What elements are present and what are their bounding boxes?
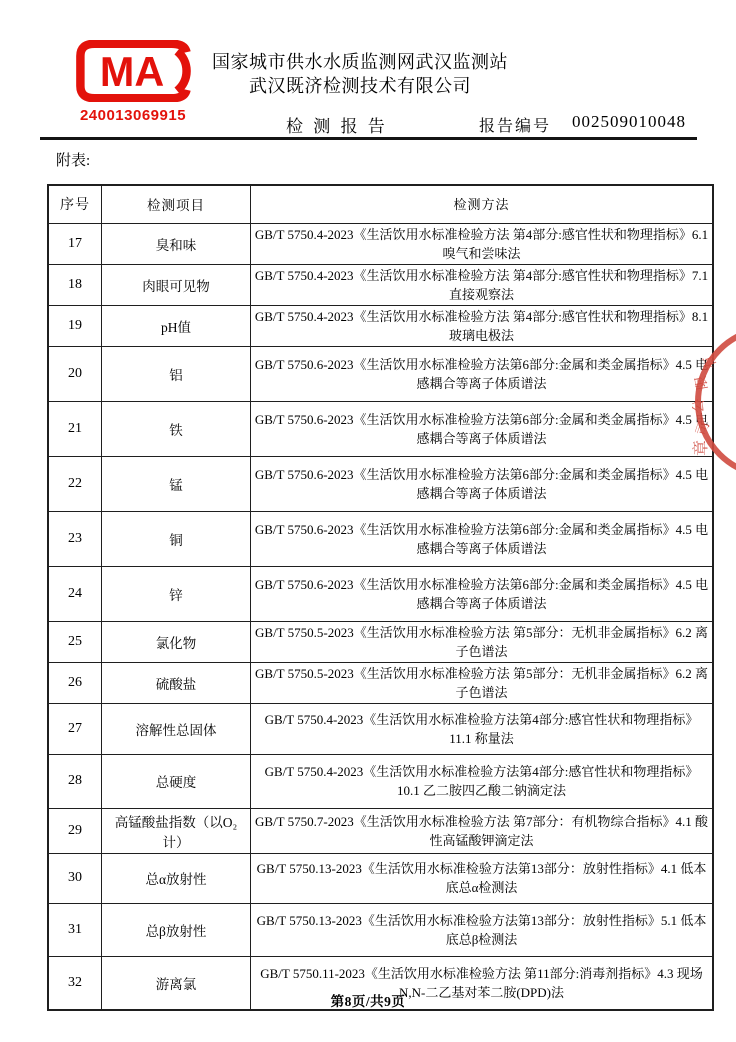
row-item: 铝 bbox=[102, 346, 251, 401]
report-page: MA 240013069915 国家城市供水水质监测网武汉监测站 武汉既济检测技… bbox=[0, 0, 736, 1042]
row-method: GB/T 5750.13-2023《生活饮用水标准检验方法第13部分：放射性指标… bbox=[251, 853, 714, 903]
row-no: 24 bbox=[48, 566, 102, 621]
row-item: 铁 bbox=[102, 401, 251, 456]
row-method: GB/T 5750.13-2023《生活饮用水标准检验方法第13部分：放射性指标… bbox=[251, 903, 714, 956]
row-item: 锌 bbox=[102, 566, 251, 621]
report-number-label: 报告编号 bbox=[479, 113, 551, 136]
table-row: 22锰GB/T 5750.6-2023《生活饮用水标准检验方法第6部分:金属和类… bbox=[48, 456, 713, 511]
table-row: 31总β放射性GB/T 5750.13-2023《生活饮用水标准检验方法第13部… bbox=[48, 903, 713, 956]
row-method: GB/T 5750.6-2023《生活饮用水标准检验方法第6部分:金属和类金属指… bbox=[251, 511, 714, 566]
table-row: 23铜GB/T 5750.6-2023《生活饮用水标准检验方法第6部分:金属和类… bbox=[48, 511, 713, 566]
report-title-row: 检 测 报 告 报告编号 002509010048 bbox=[0, 112, 736, 138]
report-title: 检 测 报 告 bbox=[286, 112, 388, 137]
table-row: 29高锰酸盐指数（以O₂计）GB/T 5750.7-2023《生活饮用水标准检验… bbox=[48, 808, 713, 853]
seal-character: 限 bbox=[693, 374, 711, 391]
row-no: 20 bbox=[48, 346, 102, 401]
table-row: 25氯化物GB/T 5750.5-2023《生活饮用水标准检验方法 第5部分：无… bbox=[48, 621, 713, 662]
row-item: 溶解性总固体 bbox=[102, 703, 251, 754]
row-no: 22 bbox=[48, 456, 102, 511]
row-no: 18 bbox=[48, 264, 102, 305]
row-method: GB/T 5750.4-2023《生活饮用水标准检验方法 第4部分:感官性状和物… bbox=[251, 223, 714, 264]
row-item: 硫酸盐 bbox=[102, 662, 251, 703]
test-methods-table: 序号 检测项目 检测方法 17臭和味GB/T 5750.4-2023《生活饮用水… bbox=[47, 184, 714, 1011]
row-no: 26 bbox=[48, 662, 102, 703]
seal-character: 司 bbox=[693, 420, 713, 438]
table-row: 18肉眼可见物GB/T 5750.4-2023《生活饮用水标准检验方法 第4部分… bbox=[48, 264, 713, 305]
appendix-label: 附表: bbox=[56, 149, 90, 170]
row-method: GB/T 5750.6-2023《生活饮用水标准检验方法第6部分:金属和类金属指… bbox=[251, 456, 714, 511]
row-no: 31 bbox=[48, 903, 102, 956]
table-row: 24锌GB/T 5750.6-2023《生活饮用水标准检验方法第6部分:金属和类… bbox=[48, 566, 713, 621]
table-row: 28总硬度GB/T 5750.4-2023《生活饮用水标准检验方法第4部分:感官… bbox=[48, 754, 713, 808]
row-no: 17 bbox=[48, 223, 102, 264]
row-item: 高锰酸盐指数（以O₂计） bbox=[102, 808, 251, 853]
table-body: 17臭和味GB/T 5750.4-2023《生活饮用水标准检验方法 第4部分:感… bbox=[48, 223, 713, 1010]
row-item: 锰 bbox=[102, 456, 251, 511]
seal-character: 公 bbox=[692, 399, 707, 414]
row-no: 28 bbox=[48, 754, 102, 808]
table-row: 26硫酸盐GB/T 5750.5-2023《生活饮用水标准检验方法 第5部分：无… bbox=[48, 662, 713, 703]
row-method: GB/T 5750.5-2023《生活饮用水标准检验方法 第5部分：无机非金属指… bbox=[251, 662, 714, 703]
row-method: GB/T 5750.4-2023《生活饮用水标准检验方法第4部分:感官性状和物理… bbox=[251, 703, 714, 754]
row-item: 氯化物 bbox=[102, 621, 251, 662]
header-cell-no: 序号 bbox=[48, 185, 102, 223]
row-method: GB/T 5750.6-2023《生活饮用水标准检验方法第6部分:金属和类金属指… bbox=[251, 346, 714, 401]
header-divider bbox=[40, 137, 697, 140]
table-row: 27溶解性总固体GB/T 5750.4-2023《生活饮用水标准检验方法第4部分… bbox=[48, 703, 713, 754]
table-row: 30总α放射性GB/T 5750.13-2023《生活饮用水标准检验方法第13部… bbox=[48, 853, 713, 903]
page-indicator: 第8页/共9页 bbox=[0, 990, 736, 1010]
row-no: 30 bbox=[48, 853, 102, 903]
table-header: 序号 检测项目 检测方法 bbox=[48, 185, 713, 223]
header-cell-method: 检测方法 bbox=[251, 185, 714, 223]
row-item: 总α放射性 bbox=[102, 853, 251, 903]
row-method: GB/T 5750.5-2023《生活饮用水标准检验方法 第5部分：无机非金属指… bbox=[251, 621, 714, 662]
row-item: 臭和味 bbox=[102, 223, 251, 264]
table-row: 19pH值GB/T 5750.4-2023《生活饮用水标准检验方法 第4部分:感… bbox=[48, 305, 713, 346]
row-no: 19 bbox=[48, 305, 102, 346]
row-no: 27 bbox=[48, 703, 102, 754]
row-method: GB/T 5750.7-2023《生活饮用水标准检验方法 第7部分：有机物综合指… bbox=[251, 808, 714, 853]
row-item: 总β放射性 bbox=[102, 903, 251, 956]
table-row: 17臭和味GB/T 5750.4-2023《生活饮用水标准检验方法 第4部分:感… bbox=[48, 223, 713, 264]
header-cell-item: 检测项目 bbox=[102, 185, 251, 223]
row-no: 25 bbox=[48, 621, 102, 662]
org-name-line2: 武汉既济检测技术有限公司 bbox=[150, 74, 570, 98]
row-method: GB/T 5750.6-2023《生活饮用水标准检验方法第6部分:金属和类金属指… bbox=[251, 566, 714, 621]
row-method: GB/T 5750.4-2023《生活饮用水标准检验方法 第4部分:感官性状和物… bbox=[251, 305, 714, 346]
seal-arc-icon: 有限公司章 bbox=[692, 326, 736, 478]
row-no: 21 bbox=[48, 401, 102, 456]
org-name-line1: 国家城市供水水质监测网武汉监测站 bbox=[150, 50, 570, 74]
row-method: GB/T 5750.4-2023《生活饮用水标准检验方法第4部分:感官性状和物理… bbox=[251, 754, 714, 808]
report-number: 002509010048 bbox=[572, 112, 686, 132]
table-row: 21铁GB/T 5750.6-2023《生活饮用水标准检验方法第6部分:金属和类… bbox=[48, 401, 713, 456]
seal-character: 章 bbox=[692, 440, 710, 456]
row-method: GB/T 5750.4-2023《生活饮用水标准检验方法 第4部分:感官性状和物… bbox=[251, 264, 714, 305]
row-item: 总硬度 bbox=[102, 754, 251, 808]
row-item: 肉眼可见物 bbox=[102, 264, 251, 305]
table-row: 20铝GB/T 5750.6-2023《生活饮用水标准检验方法第6部分:金属和类… bbox=[48, 346, 713, 401]
row-no: 29 bbox=[48, 808, 102, 853]
row-no: 23 bbox=[48, 511, 102, 566]
row-method: GB/T 5750.6-2023《生活饮用水标准检验方法第6部分:金属和类金属指… bbox=[251, 401, 714, 456]
row-item: pH值 bbox=[102, 305, 251, 346]
table-header-row: 序号 检测项目 检测方法 bbox=[48, 185, 713, 223]
header-org-lines: 国家城市供水水质监测网武汉监测站 武汉既济检测技术有限公司 bbox=[150, 50, 570, 98]
paging-seal: 有限公司章 bbox=[692, 326, 736, 478]
row-item: 铜 bbox=[102, 511, 251, 566]
